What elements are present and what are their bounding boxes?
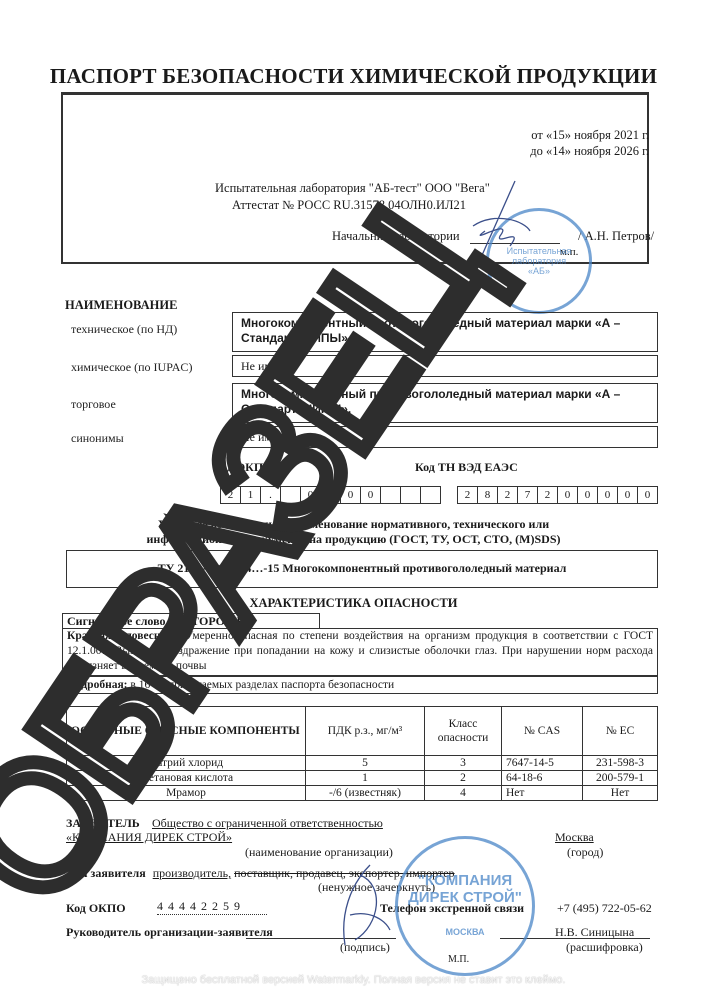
- okpo-value: 4 4 4 4 2 2 5 9: [157, 899, 267, 915]
- applicant-city: Москва: [555, 830, 645, 845]
- attestat-number: Аттестат № РОСС RU.31578.04ОЛН0.ИЛ21: [232, 198, 466, 213]
- naming-label-technical: техническое (по НД): [71, 322, 177, 337]
- applicant-type-selected: производитель,: [153, 866, 231, 880]
- tnved-label: Код ТН ВЭД ЕАЭС: [415, 460, 518, 475]
- header-pdk: ПДК р.з., мг/м³: [306, 707, 425, 756]
- okpd2-digit: 1: [241, 487, 261, 503]
- header-ec: № EC: [583, 707, 658, 756]
- table-cell: 2: [425, 771, 502, 786]
- naming-value-chemical: Не имеет: [232, 355, 658, 377]
- company-stamp-line2: ДИРЕК СТРОЙ": [408, 889, 522, 906]
- tnved-digit: 0: [638, 487, 657, 503]
- table-row: Мрамор-/6 (известняк)4НетНет: [67, 786, 658, 801]
- okpd2-digit: 2: [221, 487, 241, 503]
- lab-head-name: / А.Н. Петров/: [578, 229, 654, 244]
- signal-word-label: Сигнальное слово: [67, 614, 166, 628]
- valid-to: до «14» ноября 2026 г.: [530, 144, 649, 159]
- table-cell: 231-598-3: [583, 756, 658, 771]
- tnved-digit: 7: [518, 487, 538, 503]
- tnved-digit: 0: [618, 487, 638, 503]
- phone-value: +7 (495) 722-05-62: [557, 901, 652, 916]
- table-cell: 64-18-6: [502, 771, 583, 786]
- okpd2-digit: [381, 487, 401, 503]
- table-cell: Нет: [502, 786, 583, 801]
- tnved-digit: 2: [498, 487, 518, 503]
- okpd2-digit: 0: [361, 487, 381, 503]
- naming-value-technical: Многокомпонентный противогололедный мате…: [232, 312, 658, 352]
- laboratory-name: Испытательная лаборатория "АБ-тест" ООО …: [215, 181, 490, 196]
- table-cell: Мрамор: [67, 786, 306, 801]
- okpd2-code: 21.0.00: [220, 486, 441, 504]
- table-cell: 1: [306, 771, 425, 786]
- table-cell: Натрий хлорид: [67, 756, 306, 771]
- applicant-head-label: Руководитель организации-заявителя: [66, 925, 273, 940]
- table-cell: Метановая кислота: [67, 771, 306, 786]
- table-cell: 7647-14-5: [502, 756, 583, 771]
- hazard-brief-box: Краткая (словесная): Умеренно опасная по…: [62, 628, 658, 676]
- lab-head-label: Начальник лаборатории: [332, 229, 460, 244]
- tnved-code: 2827200000: [457, 486, 658, 504]
- okpd2-label: Код ОКПД2: [213, 460, 277, 475]
- table-row: Натрий хлорид537647-14-5231-598-3: [67, 756, 658, 771]
- naming-label-trade: торговое: [71, 397, 116, 412]
- naming-label-chemical: химическое (по IUPAC): [71, 360, 192, 375]
- okpd2-digit: .: [321, 487, 341, 503]
- table-cell: 5: [306, 756, 425, 771]
- table-cell: 200-579-1: [583, 771, 658, 786]
- hazard-detail-text: в 16-ти прилагаемых разделах паспорта бе…: [130, 679, 394, 691]
- naming-value-synonyms: Не имеет: [232, 426, 658, 448]
- name-caption: (расшифровка): [566, 940, 643, 955]
- tnved-digit: 8: [478, 487, 498, 503]
- table-cell: 3: [425, 756, 502, 771]
- table-cell: Нет: [583, 786, 658, 801]
- table-cell: 4: [425, 786, 502, 801]
- table-header-row: ОСНОВНЫЕ ОПАСНЫЕ КОМПОНЕНТЫ ПДК р.з., мг…: [67, 707, 658, 756]
- tnved-digit: 0: [578, 487, 598, 503]
- document-title: ПАСПОРТ БЕЗОПАСНОСТИ ХИМИЧЕСКОЙ ПРОДУКЦИ…: [0, 64, 707, 89]
- company-stamp: "КОМПАНИЯ ДИРЕК СТРОЙ" МОСКВА: [395, 836, 535, 976]
- tnved-digit: 0: [558, 487, 578, 503]
- naming-heading: НАИМЕНОВАНИЕ: [65, 298, 177, 313]
- normative-heading-2: информационного документа на продукцию (…: [0, 532, 707, 547]
- header-components: ОСНОВНЫЕ ОПАСНЫЕ КОМПОНЕНТЫ: [67, 707, 306, 756]
- okpd2-digit: [421, 487, 440, 503]
- normative-document: ТУ 2149-001-4444…-15 Многокомпонентный п…: [66, 550, 658, 588]
- okpd2-digit: [281, 487, 301, 503]
- applicant-org-line2: «КОМПАНИЯ ДИРЕК СТРОЙ»: [66, 830, 232, 845]
- watermarkly-footer: Защищено бесплатной версией Watermarkly.…: [0, 974, 707, 986]
- applicant-type-label: Тип заявителя: [66, 866, 146, 880]
- valid-from: от «15» ноября 2021 г.: [531, 128, 649, 143]
- hazard-detail-box: Подробная: в 16-ти прилагаемых разделах …: [62, 676, 658, 694]
- company-stamp-line1: "КОМПАНИЯ: [418, 872, 512, 889]
- applicant-label: ЗАЯВИТЕЛЬ: [66, 816, 140, 831]
- header-hazard-class: Класс опасности: [425, 707, 502, 756]
- components-table: ОСНОВНЫЕ ОПАСНЫЕ КОМПОНЕНТЫ ПДК р.з., мг…: [66, 706, 658, 801]
- lab-signature-icon: [455, 176, 535, 276]
- tnved-digit: 0: [598, 487, 618, 503]
- naming-value-trade: Многокомпонентный противогололедный мате…: [232, 383, 658, 423]
- okpd2-digit: 0: [341, 487, 361, 503]
- signal-word-value: ОСТОРОЖНО: [173, 614, 255, 628]
- table-cell: -/6 (известняк): [306, 786, 425, 801]
- okpd2-digit: .: [261, 487, 281, 503]
- signal-word-box: Сигнальное слово ОСТОРОЖНО: [62, 613, 320, 629]
- applicant-org-line1: Общество с ограниченной ответственностью: [152, 816, 383, 831]
- applicant-signature-icon: [330, 855, 400, 955]
- company-stamp-city: МОСКВА: [445, 924, 484, 941]
- hazard-brief-label: Краткая (словесная):: [67, 630, 180, 642]
- okpo-label: Код ОКПО: [66, 901, 126, 916]
- okpd2-digit: [401, 487, 421, 503]
- hazard-heading: ХАРАКТЕРИСТИКА ОПАСНОСТИ: [0, 596, 707, 611]
- naming-label-synonyms: синонимы: [71, 431, 124, 446]
- table-row: Метановая кислота1264-18-6200-579-1: [67, 771, 658, 786]
- header-cas: № CAS: [502, 707, 583, 756]
- tnved-digit: 2: [538, 487, 558, 503]
- hazard-detail-label: Подробная:: [67, 679, 128, 691]
- tnved-digit: 2: [458, 487, 478, 503]
- normative-heading-1: Условное обозначение и наименование норм…: [0, 517, 707, 532]
- okpd2-digit: 0: [301, 487, 321, 503]
- applicant-head-name: Н.В. Синицына: [555, 925, 634, 940]
- applicant-city-caption: (город): [567, 845, 603, 860]
